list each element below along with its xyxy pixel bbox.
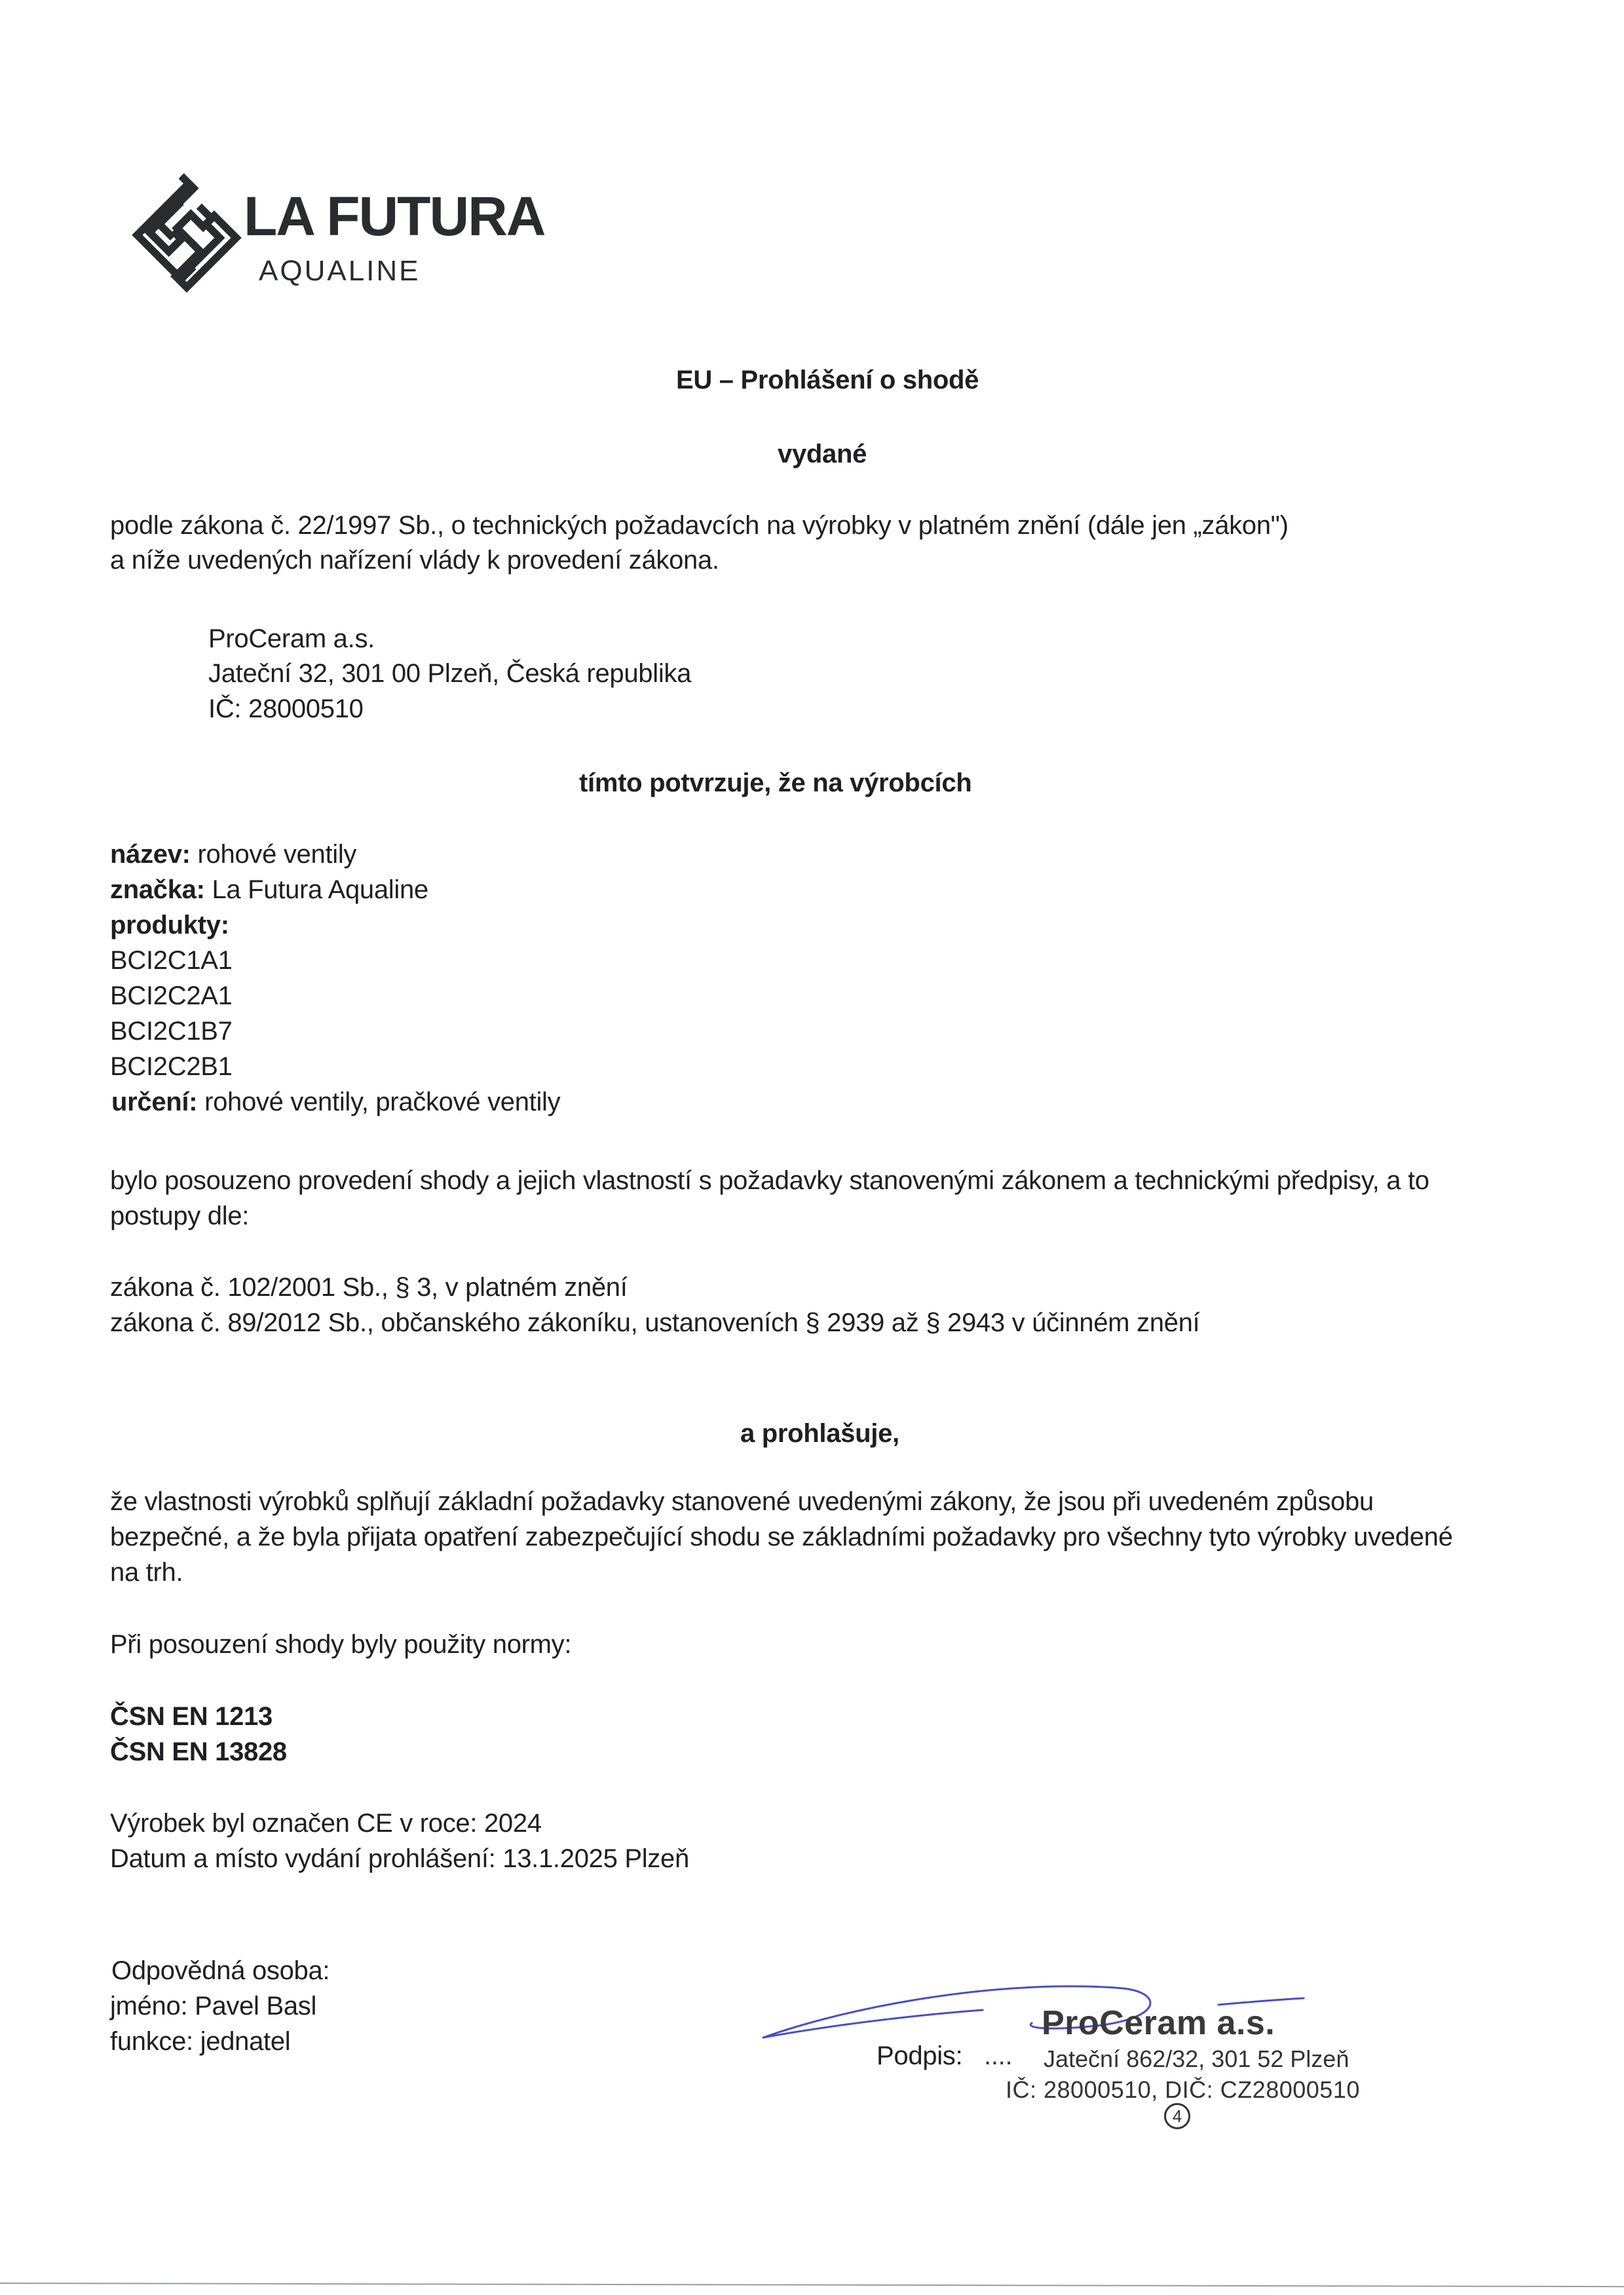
field-brand-value: La Futura Aqualine — [212, 875, 428, 904]
law-reference: zákona č. 89/2012 Sb., občanského zákoní… — [110, 1310, 1199, 1336]
company-address: Jateční 32, 301 00 Plzeň, Česká republik… — [208, 660, 691, 687]
field-name: název: rohové ventily — [110, 841, 356, 867]
product-code: BCI2C2A1 — [110, 983, 233, 1009]
field-purpose-value: rohové ventily, pračkové ventily — [204, 1088, 560, 1116]
confirm-heading: tímto potvrzuje, že na výrobcích — [579, 770, 972, 796]
intro-line: podle zákona č. 22/1997 Sb., o technický… — [110, 512, 1289, 539]
law-reference: zákona č. 102/2001 Sb., § 3, v platném z… — [110, 1274, 628, 1300]
product-code: BCI2C2B1 — [110, 1053, 233, 1080]
declaration-line: bezpečné, a že byla přijata opatření zab… — [110, 1524, 1453, 1550]
declaration-line: na trh. — [110, 1559, 183, 1585]
intro-line: a níže uvedených nařízení vlády k proved… — [110, 547, 719, 573]
field-brand-label: značka: — [110, 875, 205, 904]
la-futura-logo-icon — [118, 169, 255, 307]
field-brand: značka: La Futura Aqualine — [110, 877, 428, 903]
assessment-line: postupy dle: — [110, 1203, 249, 1229]
brand-subtitle: AQUALINE — [259, 257, 421, 286]
stamp-number-badge: 4 — [1164, 2103, 1190, 2129]
ce-marking-year: Výrobek byl označen CE v roce: 2024 — [110, 1810, 542, 1836]
field-purpose: určení: rohové ventily, pračkové ventily — [111, 1089, 560, 1115]
stamp-address: Jateční 862/32, 301 52 Plzeň — [1044, 2047, 1349, 2071]
declares-heading: a prohlašuje, — [740, 1420, 899, 1447]
assessment-line: bylo posouzeno provedení shody a jejich … — [110, 1167, 1429, 1194]
field-products-label: produkty: — [110, 912, 229, 938]
issue-date-place: Datum a místo vydání prohlášení: 13.1.20… — [110, 1846, 689, 1872]
company-name: ProCeram a.s. — [208, 626, 375, 652]
company-id: IČ: 28000510 — [208, 696, 364, 722]
stamp-company-name: ProCeram a.s. — [1042, 2006, 1275, 2040]
scan-edge-divider — [0, 2283, 1624, 2287]
signature-dots: .... — [984, 2043, 1012, 2069]
signature-label: Podpis: — [877, 2043, 962, 2069]
document-title: EU – Prohlášení o shodě — [676, 367, 979, 393]
field-name-label: název: — [110, 840, 191, 869]
brand-wordmark: LA FUTURA — [244, 189, 544, 244]
norm-item: ČSN EN 13828 — [110, 1739, 287, 1765]
norm-item: ČSN EN 1213 — [110, 1703, 273, 1730]
norms-intro: Při posouzení shody byly použity normy: — [110, 1631, 571, 1658]
field-purpose-label: určení: — [111, 1088, 197, 1116]
responsible-person-role: funkce: jednatel — [110, 2028, 290, 2055]
stamp-ids: IČ: 28000510, DIČ: CZ28000510 — [1006, 2078, 1360, 2102]
responsible-person-name: jméno: Pavel Basl — [110, 1993, 316, 2019]
responsible-person-label: Odpovědná osoba: — [111, 1958, 330, 1984]
field-name-value: rohové ventily — [198, 840, 357, 869]
issued-heading: vydané — [778, 441, 867, 467]
declaration-line: že vlastnosti výrobků splňují základní p… — [110, 1489, 1374, 1515]
product-code: BCI2C1B7 — [110, 1018, 233, 1044]
product-code: BCI2C1A1 — [110, 947, 233, 974]
